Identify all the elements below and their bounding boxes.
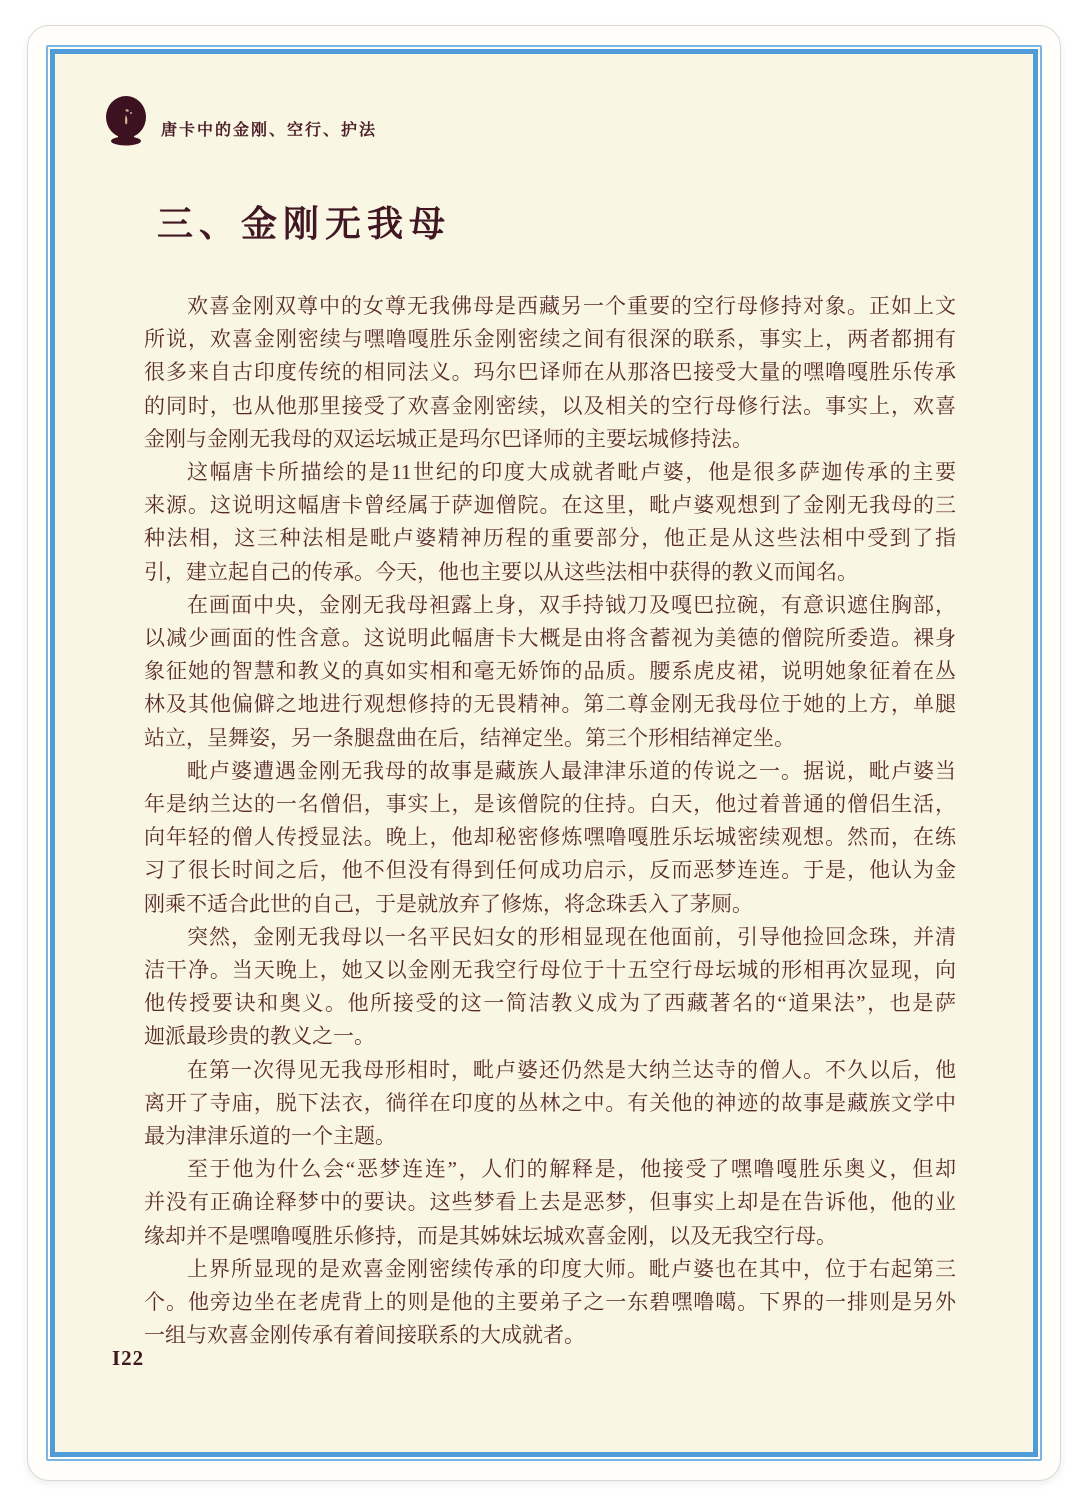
text-line: 种法相，这三种法相是毗卢婆精神历程的重要部分，他正是从这些法相中受到了指 <box>144 522 956 555</box>
paragraph: 上界所显现的是欢喜金刚密续传承的印度大师。毗卢婆也在其中，位于右起第三个。他旁边… <box>144 1253 956 1353</box>
text-line: 离开了寺庙，脱下法衣，徜徉在印度的丛林之中。有关他的神迹的故事是藏族文学中 <box>144 1087 956 1120</box>
text-line: 欢喜金刚双尊中的女尊无我佛母是西藏另一个重要的空行母修持对象。正如上文 <box>144 290 956 323</box>
text-line: 突然，金刚无我母以一名平民妇女的形相显现在他面前，引导他捡回念珠，并清 <box>144 921 956 954</box>
text-line: 迦派最珍贵的教义之一。 <box>144 1020 956 1053</box>
text-line: 一组与欢喜金刚传承有着间接联系的大成就者。 <box>144 1319 956 1352</box>
paragraph: 这幅唐卡所描绘的是11世纪的印度大成就者毗卢婆，他是很多萨迦传承的主要来源。这说… <box>144 456 956 589</box>
text-line: 很多来自古印度传统的相同法义。玛尔巴译师在从那洛巴接受大量的嘿噜嘎胜乐传承 <box>144 356 956 389</box>
text-line: 在第一次得见无我母形相时，毗卢婆还仍然是大纳兰达寺的僧人。不久以后，他 <box>144 1054 956 1087</box>
paragraph: 毗卢婆遭遇金刚无我母的故事是藏族人最津津乐道的传说之一。据说，毗卢婆当年是纳兰达… <box>144 755 956 921</box>
text-line: 在画面中央，金刚无我母袒露上身，双手持钺刀及嘎巴拉碗，有意识遮住胸部， <box>144 589 956 622</box>
text-line: 至于他为什么会“恶梦连连”，人们的解释是，他接受了嘿噜嘎胜乐奥义，但却 <box>144 1153 956 1186</box>
text-line: 洁干净。当天晚上，她又以金刚无我空行母位于十五空行母坛城的形相再次显现，向 <box>144 954 956 987</box>
paragraph: 在第一次得见无我母形相时，毗卢婆还仍然是大纳兰达寺的僧人。不久以后，他离开了寺庙… <box>144 1054 956 1154</box>
text-line: 的同时，也从他那里接受了欢喜金刚密续，以及相关的空行母修行法。事实上，欢喜 <box>144 390 956 423</box>
section-heading: 三、金刚无我母 <box>157 196 451 247</box>
text-line: 习了很长时间之后，他不但没有得到任何成功启示，反而恶梦连连。于是，他认为金 <box>144 854 956 887</box>
text-line: 最为津津乐道的一个主题。 <box>144 1120 956 1153</box>
paragraph: 欢喜金刚双尊中的女尊无我佛母是西藏另一个重要的空行母修持对象。正如上文所说，欢喜… <box>144 290 956 456</box>
paragraph: 至于他为什么会“恶梦连连”，人们的解释是，他接受了嘿噜嘎胜乐奥义，但却并没有正确… <box>144 1153 956 1253</box>
series-title: 唐卡中的金刚、空行、护法 <box>161 117 377 140</box>
series-header: 唐卡中的金刚、空行、护法 <box>101 92 377 148</box>
paragraph: 在画面中央，金刚无我母袒露上身，双手持钺刀及嘎巴拉碗，有意识遮住胸部，以减少画面… <box>144 589 956 755</box>
text-line: 这幅唐卡所描绘的是11世纪的印度大成就者毗卢婆，他是很多萨迦传承的主要 <box>144 456 956 489</box>
outer-blue-frame: 唐卡中的金刚、空行、护法 三、金刚无我母 欢喜金刚双尊中的女尊无我佛母是西藏另一… <box>46 45 1042 1461</box>
text-line: 以减少画面的性含意。这说明此幅唐卡大概是由将含蓄视为美德的僧院所委造。裸身 <box>144 622 956 655</box>
text-line: 并没有正确诠释梦中的要诀。这些梦看上去是恶梦，但事实上却是在告诉他，他的业 <box>144 1186 956 1219</box>
text-line: 所说，欢喜金刚密续与嘿噜嘎胜乐金刚密续之间有很深的联系，事实上，两者都拥有 <box>144 323 956 356</box>
text-line: 站立，呈舞姿，另一条腿盘曲在后，结禅定坐。第三个形相结禅定坐。 <box>144 722 956 755</box>
text-line: 象征她的智慧和教义的真如实相和毫无娇饰的品质。腰系虎皮裙，说明她象征着在丛 <box>144 655 956 688</box>
text-line: 上界所显现的是欢喜金刚密续传承的印度大师。毗卢婆也在其中，位于右起第三 <box>144 1253 956 1286</box>
text-line: 他传授要诀和奥义。他所接受的这一简洁教义成为了西藏著名的“道果法”，也是萨 <box>144 987 956 1020</box>
text-line: 年是纳兰达的一名僧侣，事实上，是该僧院的住持。白天，他过着普通的僧侣生活， <box>144 788 956 821</box>
paragraph: 突然，金刚无我母以一名平民妇女的形相显现在他面前，引导他捡回念珠，并清洁干净。当… <box>144 921 956 1054</box>
text-line: 刚乘不适合此世的自己，于是就放弃了修炼，将念珠丢入了茅厕。 <box>144 888 956 921</box>
text-line: 引，建立起自己的传承。今天，他也主要以从这些法相中获得的教义而闻名。 <box>144 556 956 589</box>
page-background: 唐卡中的金刚、空行、护法 三、金刚无我母 欢喜金刚双尊中的女尊无我佛母是西藏另一… <box>0 0 1088 1507</box>
page-number: I22 <box>112 1346 144 1371</box>
text-line: 缘却并不是嘿噜嘎胜乐修持，而是其姊妹坛城欢喜金刚，以及无我空行母。 <box>144 1220 956 1253</box>
text-line: 毗卢婆遭遇金刚无我母的故事是藏族人最津津乐道的传说之一。据说，毗卢婆当 <box>144 755 956 788</box>
text-line: 个。他旁边坐在老虎背上的则是他的主要弟子之一东碧嘿噜噶。下界的一排则是另外 <box>144 1286 956 1319</box>
body-text: 欢喜金刚双尊中的女尊无我佛母是西藏另一个重要的空行母修持对象。正如上文所说，欢喜… <box>144 290 956 1353</box>
text-line: 金刚与金刚无我母的双运坛城正是玛尔巴译师的主要坛城修持法。 <box>144 423 956 456</box>
text-line: 向年轻的僧人传授显法。晚上，他却秘密修炼嘿噜嘎胜乐坛城密续观想。然而，在练 <box>144 821 956 854</box>
text-line: 来源。这说明这幅唐卡曾经属于萨迦僧院。在这里，毗卢婆观想到了金刚无我母的三 <box>144 489 956 522</box>
seated-buddha-logo-icon <box>101 92 151 148</box>
page-content: 唐卡中的金刚、空行、护法 三、金刚无我母 欢喜金刚双尊中的女尊无我佛母是西藏另一… <box>55 54 1033 1452</box>
text-line: 林及其他偏僻之地进行观想修持的无畏精神。第二尊金刚无我母位于她的上方，单腿 <box>144 688 956 721</box>
inner-blue-frame: 唐卡中的金刚、空行、护法 三、金刚无我母 欢喜金刚双尊中的女尊无我佛母是西藏另一… <box>50 49 1038 1457</box>
book-page: 唐卡中的金刚、空行、护法 三、金刚无我母 欢喜金刚双尊中的女尊无我佛母是西藏另一… <box>27 25 1061 1481</box>
